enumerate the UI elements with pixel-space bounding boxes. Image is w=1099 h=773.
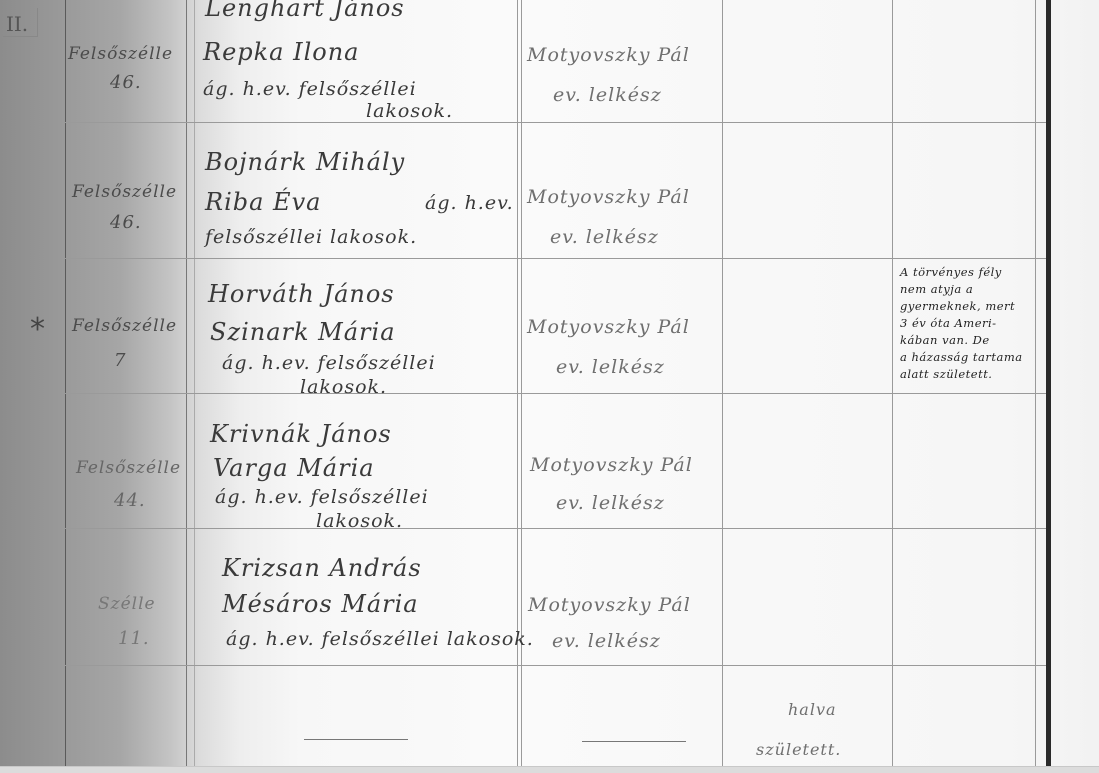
asterisk-marker: * bbox=[30, 312, 45, 347]
remark-line: 3 év óta Ameri- bbox=[900, 315, 997, 332]
officiant-name: Motyovszky Pál bbox=[527, 316, 690, 338]
status-line-2: lakosok. bbox=[316, 510, 403, 532]
scan-bottom-edge bbox=[0, 766, 1099, 773]
remark-line: alatt született. bbox=[900, 366, 992, 383]
groom-name: Horváth János bbox=[208, 280, 395, 308]
officiant-title: ev. lelkész bbox=[552, 630, 661, 652]
row-rule-3 bbox=[65, 393, 1046, 394]
entry-place: Felsőszélle bbox=[68, 44, 173, 64]
officiant-title: ev. lelkész bbox=[553, 84, 662, 106]
entry-place: Szélle bbox=[98, 594, 156, 614]
status-line: ág. h.ev. felsőszéllei bbox=[203, 78, 417, 100]
column-rule-names-double bbox=[521, 0, 522, 766]
entry-place: Felsőszélle bbox=[72, 316, 177, 336]
bride-suffix: ág. h.ev. bbox=[425, 192, 514, 214]
entry-house-number: 7 bbox=[114, 350, 126, 371]
entry-place: Felsőszélle bbox=[76, 458, 181, 478]
status-line: ág. h.ev. felsőszéllei bbox=[215, 486, 429, 508]
column-rule-place-double bbox=[194, 0, 195, 766]
groom-name: Lenghart János bbox=[205, 0, 405, 22]
column-rule-remarks bbox=[1035, 0, 1036, 766]
volume-mark: II. bbox=[6, 12, 28, 36]
entry-house-number: 46. bbox=[110, 72, 142, 93]
stillborn-note-line1: halva bbox=[788, 700, 837, 719]
groom-name: Bojnárk Mihály bbox=[205, 148, 405, 176]
entry-house-number: 11. bbox=[118, 628, 150, 649]
row-rule-4 bbox=[65, 528, 1046, 529]
officiant-title: ev. lelkész bbox=[550, 226, 659, 248]
officiant-title: ev. lelkész bbox=[556, 492, 665, 514]
blank-dash bbox=[582, 741, 686, 742]
column-rule-margin bbox=[65, 0, 66, 766]
officiant-name: Motyovszky Pál bbox=[528, 594, 691, 616]
blank-dash bbox=[304, 739, 408, 740]
officiant-name: Motyovszky Pál bbox=[527, 186, 690, 208]
scanned-register-page: II. Felsőszélle 46. Lenghart János Repka… bbox=[0, 0, 1099, 766]
entry-house-number: 44. bbox=[114, 490, 146, 511]
row-rule-1 bbox=[65, 122, 1046, 123]
stillborn-note-line2: született. bbox=[756, 740, 841, 759]
bride-name: Szinark Mária bbox=[210, 318, 396, 346]
row-rule-5 bbox=[65, 665, 1046, 666]
column-rule-names bbox=[517, 0, 518, 766]
column-rule-place bbox=[186, 0, 187, 766]
status-line: ág. h.ev. felsőszéllei lakosok. bbox=[226, 628, 534, 650]
officiant-title: ev. lelkész bbox=[556, 356, 665, 378]
column-rule-blank bbox=[892, 0, 893, 766]
column-rule-officiant bbox=[722, 0, 723, 766]
remark-line: A törvényes fély bbox=[900, 264, 1002, 281]
bride-name: Riba Éva bbox=[205, 188, 321, 216]
groom-name: Krizsan András bbox=[222, 554, 422, 582]
remark-line: gyermeknek, mert bbox=[900, 298, 1015, 315]
page-right-border bbox=[1046, 0, 1051, 766]
remark-line: a házasság tartama bbox=[900, 349, 1023, 366]
status-line-2: lakosok. bbox=[366, 100, 453, 122]
status-line: felsőszéllei lakosok. bbox=[205, 226, 417, 248]
entry-place: Felsőszélle bbox=[72, 182, 177, 202]
bride-name: Varga Mária bbox=[213, 454, 375, 482]
officiant-name: Motyovszky Pál bbox=[530, 454, 693, 476]
row-rule-2 bbox=[65, 258, 1046, 259]
remark-line: kában van. De bbox=[900, 332, 990, 349]
bride-name: Repka Ilona bbox=[203, 38, 360, 66]
entry-house-number: 46. bbox=[110, 212, 142, 233]
remark-line: nem atyja a bbox=[900, 281, 973, 298]
bride-name: Mésáros Mária bbox=[222, 590, 419, 618]
status-line-2: lakosok. bbox=[300, 376, 387, 398]
officiant-name: Motyovszky Pál bbox=[527, 44, 690, 66]
status-line: ág. h.ev. felsőszéllei bbox=[222, 352, 436, 374]
groom-name: Krivnák János bbox=[210, 420, 392, 448]
